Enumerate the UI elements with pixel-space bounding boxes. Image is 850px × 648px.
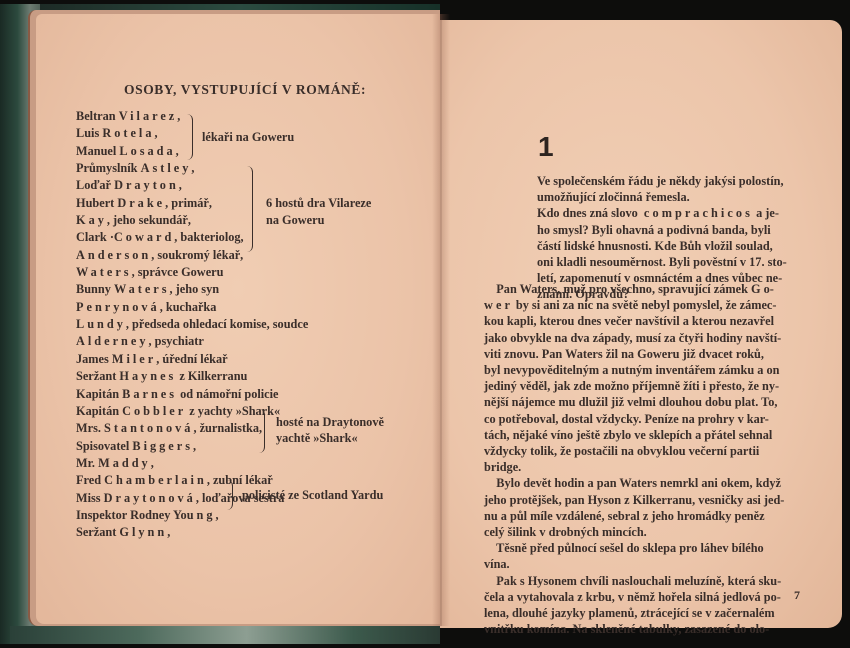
cast-surname: Draytonová [104,491,196,505]
group-label-guests-1: 6 hostů dra Vilareze [266,195,371,212]
cast-surname: Miler [112,352,156,366]
cast-role: , předseda ohledací komise, soudce [126,317,308,331]
cast-surname: Rotela [102,126,154,140]
cast-surname: Cobbler [122,404,186,418]
cast-surname: Losada [119,144,175,158]
text-line: ho smysl? Byli ohavná a podivná banda, b… [537,222,787,238]
text-line: vína. [484,556,784,572]
cast-heading: OSOBY, VYSTUPUJÍCÍ V ROMÁNĚ: [124,82,366,98]
text-line: vnitřku komína. Na skleněné tabulky, zas… [484,621,784,637]
cast-surname: Vilarez [119,109,178,123]
text-line: viti znovu. Pan Waters žil na Goweru již… [484,346,784,362]
cast-role: , [216,508,219,522]
cast-entry: Seržant Glynn, [76,524,308,541]
text-line: nu a půl míle vzdálené, sebral z jeho hr… [484,508,784,524]
cast-role: , [193,439,196,453]
cast-surname: ung [187,508,216,522]
group-label-yacht-2: yachtě »Shark« [276,430,358,447]
text-line: částí lidské hnusnosti. Kde Bůh vložil s… [537,238,787,254]
cast-role: z yachty »Shark« [186,404,280,418]
cast-entry: Clark ·Coward, bakteriolog, [76,229,308,246]
text-line: jeho protějšek, pan Hyson z Kilkerranu, … [484,492,784,508]
cast-entry: Penrynová, kuchařka [76,299,308,316]
cast-prefix: Fred [76,473,104,487]
cast-prefix: Seržant [76,525,119,539]
cast-entry: Waters, správce Goweru [76,264,308,281]
cast-surname: Coward [114,230,174,244]
book-gutter [432,14,450,626]
cast-surname: Stantonová [104,421,193,435]
text-line: Pan Waters, muž pro všechno, spravující … [484,281,784,297]
cast-role: , jeho syn [170,282,220,296]
cast-surname: Lundy [76,317,126,331]
text-line: kou kapli, kterou dnes večer navštívil a… [484,313,784,329]
cast-prefix: Mrs. [76,421,104,435]
cast-surname: Barnes [122,387,177,401]
cast-entry: James Miler, úřední lékař [76,351,308,368]
cast-surname: Astley [141,161,192,175]
group-label-guests-2: na Goweru [266,212,324,229]
cast-surname: Drake [117,196,165,210]
brace-police [226,480,233,510]
cast-surname: Maddy [98,456,151,470]
body-text: Pan Waters, muž pro všechno, spravující … [484,281,784,637]
cast-surname: Glynn [119,525,167,539]
cast-role: , primář, [165,196,212,210]
cast-role: , [191,161,194,175]
cast-entry: Kapitán Cobbler z yachty »Shark« [76,403,308,420]
brace-guests [246,166,253,252]
cast-prefix: Mr. [76,456,98,470]
text-line: w e r by si ani za nic na světě nebyl po… [484,297,784,313]
cast-list: Beltran Vilarez,Luis Rotela,Manuel Losad… [76,108,308,542]
cast-entry: Bunny Waters, jeho syn [76,281,308,298]
text-line: celý šilink v drobných mincích. [484,524,784,540]
book-cover-bottom-edge [10,626,440,644]
text-line: Kdo dnes zná slovo c o m p r a c h i c o… [537,205,787,221]
cast-role: , psychiatr [149,334,204,348]
cast-prefix: Kapitán [76,404,122,418]
text-line: lena, dlouhé jazyky plamenů, ztrácející … [484,605,784,621]
cast-prefix: Luis [76,126,102,140]
brace-yacht [258,409,265,453]
text-line: jako obvykle na dva západy, musí za čtyř… [484,330,784,346]
cast-surname: Waters [114,282,170,296]
cast-entry: Mr. Maddy, [76,455,308,472]
cast-role: , úřední lékař [156,352,227,366]
text-line: Ve společenském řádu je někdy jakýsi pol… [537,173,787,189]
cast-role: , správce Goweru [132,265,224,279]
cast-role: , [151,456,154,470]
cast-surname: Anderson [76,248,151,262]
text-line: co potřeboval, dostal vždycky. Peníze na… [484,411,784,427]
cast-role: , soukromý lékař, [151,248,243,262]
cast-entry: Inspektor Rodney Young, [76,507,308,524]
cast-role: , žurnalistka, [193,421,262,435]
cast-entry: Alderney, psychiatr [76,333,308,350]
cast-prefix: Průmyslník [76,161,141,175]
cast-prefix: James [76,352,112,366]
cast-surname: Alderney [76,334,149,348]
text-line: vždycky tolik, že postačili na obvyklou … [484,443,784,459]
cast-role: , zubní lékař [207,473,273,487]
cast-role: z Kilkerranu [176,369,247,383]
text-line: byl nevypověditelným a nutným inventářem… [484,362,784,378]
cast-prefix: Bunny [76,282,114,296]
cast-role: , jeho sekundář, [107,213,191,227]
cast-entry: Průmyslník Astley, [76,160,308,177]
cast-entry: Lundy, předseda ohledací komise, soudce [76,316,308,333]
cast-prefix: Seržant [76,369,119,383]
cast-surname: Kay [76,213,107,227]
text-line: Pak s Hysonem chvíli naslouchali meluzín… [484,573,784,589]
text-line: Bylo devět hodin a pan Waters nemrkl ani… [484,475,784,491]
group-label-doctors: lékaři na Goweru [202,129,294,146]
cast-entry: Mrs. Stantonová, žurnalistka, [76,420,308,437]
cast-prefix: Hubert [76,196,117,210]
cast-role: , kuchařka [160,300,217,314]
group-label-yacht-1: hosté na Draytonově [276,414,384,431]
text-line: Těsně před půlnocí sešel do sklepa pro l… [484,540,784,556]
cast-entry: Spisovatel Biggers, [76,438,308,455]
cast-prefix: Inspektor Rodney Yo [76,508,187,522]
text-line: umožňující zločinná řemesla. [537,189,787,205]
page-number: 7 [794,588,800,603]
text-line: nější nájemce mu dlužil již velmi dlouho… [484,394,784,410]
cast-surname: Drayton [114,178,179,192]
brace-doctors [186,114,193,160]
group-label-police: policisté ze Scotland Yardu [242,487,383,504]
cast-role: , [176,144,179,158]
cast-surname: Penrynová [76,300,160,314]
cast-prefix: Kapitán [76,387,122,401]
cast-prefix: Loďař [76,178,114,192]
cast-entry: Seržant Haynes z Kilkerranu [76,368,308,385]
cast-entry: Anderson, soukromý lékař, [76,247,308,264]
cast-prefix: Spisovatel [76,439,132,453]
cast-entry: Kapitán Barnes od námořní policie [76,386,308,403]
text-line: jediný věděl, jak zde možno příjemně žít… [484,378,784,394]
cast-role: od námořní policie [177,387,278,401]
cast-surname: Haynes [119,369,176,383]
cast-prefix: Beltran [76,109,119,123]
cast-prefix: Clark · [76,230,114,244]
cast-surname: Biggers [132,439,193,453]
cast-role: , bakteriolog, [174,230,243,244]
cast-entry: Loďař Drayton, [76,177,308,194]
cast-surname: Chamberlain [104,473,207,487]
chapter-number: 1 [538,131,554,163]
cast-role: , [154,126,157,140]
cast-surname: Waters [76,265,132,279]
text-line: oni kladli nesouměrnost. Byli pověstní v… [537,254,787,270]
text-line: bridge. [484,459,784,475]
cast-prefix: Manuel [76,144,119,158]
text-line: tách, nějaké víno ještě zbylo ve sklepíc… [484,427,784,443]
cast-prefix: Miss [76,491,104,505]
cast-role: , [167,525,170,539]
cast-role: , [177,109,180,123]
cast-role: , [179,178,182,192]
text-line: čela a vytahovala z krbu, v němž hořela … [484,589,784,605]
